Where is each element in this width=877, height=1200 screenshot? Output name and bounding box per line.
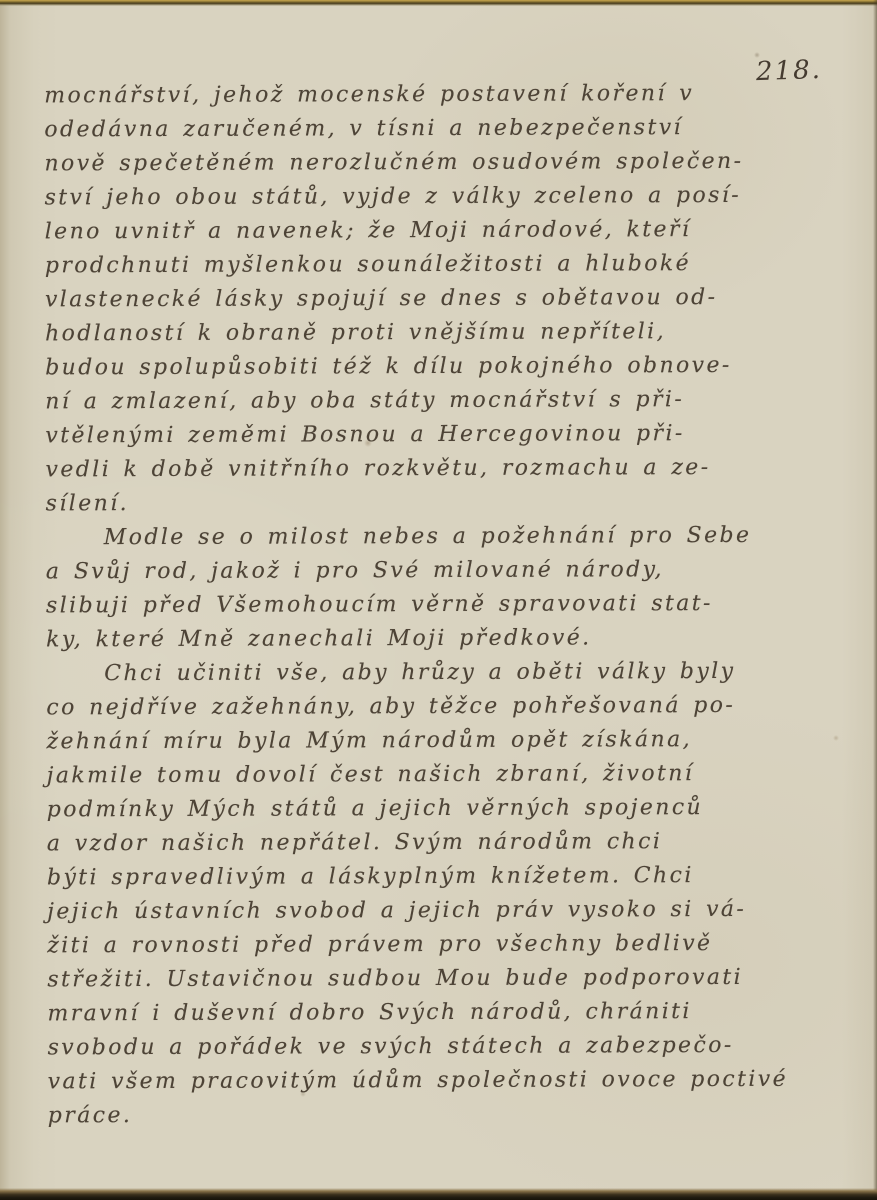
manuscript-line: svobodu a pořádek ve svých státech a zab… — [47, 1029, 827, 1066]
page-top-edge — [0, 0, 877, 6]
manuscript-line: leno uvnitř a navenek; že Moji národové,… — [45, 213, 825, 250]
manuscript-line: nově spečetěném nerozlučném osudovém spo… — [44, 145, 824, 182]
manuscript-line: odedávna zaručeném, v tísni a nebezpečen… — [44, 111, 824, 148]
manuscript-line: žehnání míru byla Mým národům opět získá… — [46, 723, 826, 760]
manuscript-line: a Svůj rod, jakož i pro Své milované nár… — [46, 553, 826, 590]
manuscript-line: Modle se o milost nebes a požehnání pro … — [46, 519, 826, 556]
manuscript-line: vlastenecké lásky spojují se dnes s obět… — [45, 281, 825, 318]
manuscript-line: mocnářství, jehož mocenské postavení koř… — [44, 77, 824, 114]
page-bottom-edge — [0, 1188, 877, 1200]
manuscript-line: prodchnuti myšlenkou sounáležitosti a hl… — [45, 247, 825, 284]
manuscript-line: střežiti. Ustavičnou sudbou Mou bude pod… — [47, 961, 827, 998]
manuscript-page: 218. mocnářství, jehož mocenské postaven… — [0, 0, 877, 1200]
page-right-edge — [873, 0, 877, 1200]
manuscript-line: vati všem pracovitým údům společnosti ov… — [48, 1063, 828, 1100]
manuscript-line: a vzdor našich nepřátel. Svým národům ch… — [47, 825, 827, 862]
manuscript-line: žiti a rovnosti před právem pro všechny … — [47, 927, 827, 964]
manuscript-line: slibuji před Všemohoucím věrně spravovat… — [46, 587, 826, 624]
manuscript-line: ky, které Mně zanechali Moji předkové. — [46, 621, 826, 658]
manuscript-line: podmínky Mých států a jejich věrných spo… — [47, 791, 827, 828]
manuscript-line: jakmile tomu dovolí čest našich zbraní, … — [47, 757, 827, 794]
manuscript-line: vedli k době vnitřního rozkvětu, rozmach… — [45, 451, 825, 488]
manuscript-line: budou spolupůsobiti též k dílu pokojného… — [45, 349, 825, 386]
manuscript-line: Chci učiniti vše, aby hrůzy a oběti válk… — [46, 655, 826, 692]
manuscript-line: sílení. — [46, 485, 826, 522]
manuscript-lines: mocnářství, jehož mocenské postavení koř… — [44, 77, 828, 1134]
manuscript-line: hodlaností k obraně proti vnějšímu nepří… — [45, 315, 825, 352]
manuscript-line: ství jeho obou států, vyjde z války zcel… — [45, 179, 825, 216]
manuscript-line: vtělenými zeměmi Bosnou a Hercegovinou p… — [45, 417, 825, 454]
manuscript-line: ní a zmlazení, aby oba státy mocnářství … — [45, 383, 825, 420]
manuscript-line: býti spravedlivým a láskyplným knížetem.… — [47, 859, 827, 896]
manuscript-line: jejich ústavních svobod a jejich práv vy… — [47, 893, 827, 930]
manuscript-line: mravní i duševní dobro Svých národů, chr… — [47, 995, 827, 1032]
manuscript-line: práce. — [48, 1097, 828, 1134]
manuscript-line: co nejdříve zažehnány, aby těžce pohřešo… — [46, 689, 826, 726]
